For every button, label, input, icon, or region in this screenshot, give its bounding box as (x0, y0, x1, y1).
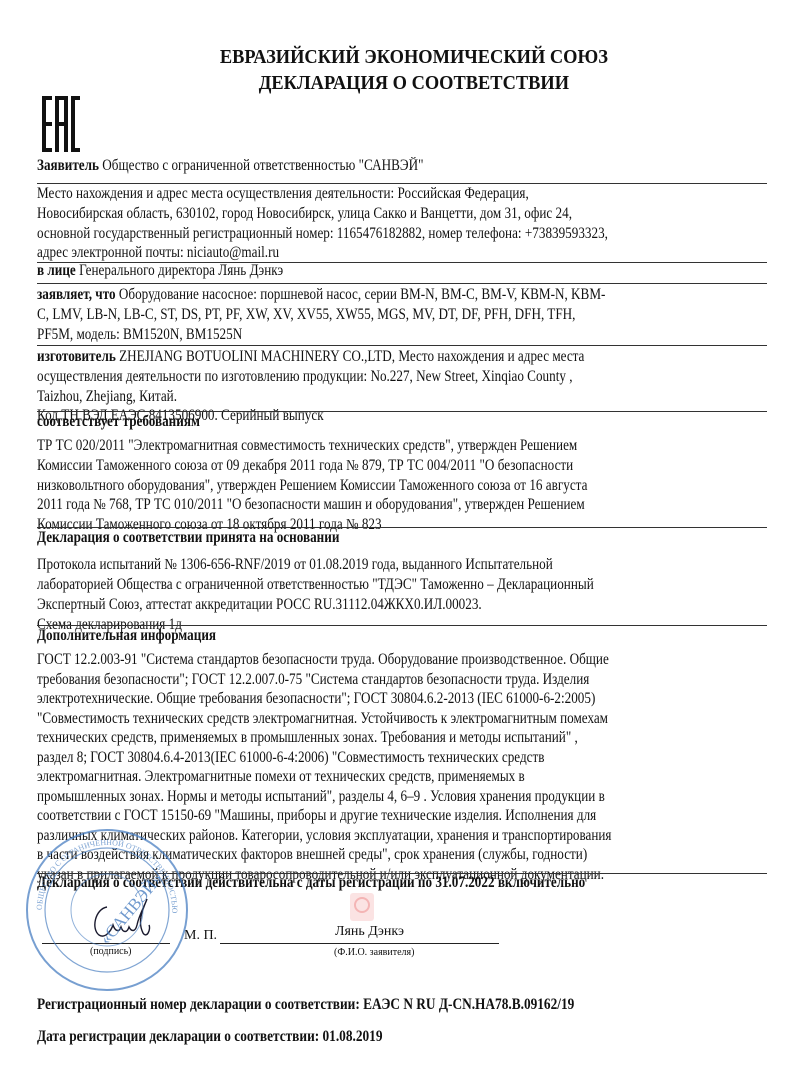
signer-caption: (Ф.И.О. заявителя) (334, 947, 414, 958)
applicant-value: Общество с ограниченной ответственностью… (102, 157, 423, 174)
product-line: Оборудование насосное: поршневой насос, … (119, 286, 606, 303)
additional-line: электромагнитная. Электромагнитные помех… (37, 767, 794, 787)
additional-line: ГОСТ 12.2.003-91 "Система стандартов без… (37, 650, 794, 670)
additional-line: "Совместимость технических средств элект… (37, 709, 794, 729)
union-title: ЕВРАЗИЙСКИЙ ЭКОНОМИЧЕСКИЙ СОЮЗ (45, 46, 783, 69)
basis-line: Протокола испытаний № 1306-656-RNF/2019 … (37, 555, 794, 575)
requirement-line: низковольтного оборудования", утвержден … (37, 476, 794, 496)
basis-block: Протокола испытаний № 1306-656-RNF/2019 … (37, 555, 794, 635)
registration-number: Регистрационный номер декларации о соотв… (37, 996, 574, 1014)
declares-block: заявляет, что Оборудование насосное: пор… (37, 285, 794, 344)
manufacturer-label: изготовитель (37, 348, 116, 365)
represented-row: в лице Генерального директора Лянь Дэнкэ (37, 261, 794, 281)
registration-date: Дата регистрации декларации о соответств… (37, 1028, 383, 1046)
address-line: основной государственный регистрационный… (37, 224, 794, 244)
additional-heading: Дополнительная информация (37, 626, 794, 646)
basis-line: лабораторией Общества с ограниченной отв… (37, 575, 794, 595)
divider (37, 345, 767, 346)
requirements-block: ТР ТС 020/2011 "Электромагнитная совмест… (37, 436, 794, 535)
manufacturer-line: осуществления деятельности по изготовлен… (37, 367, 794, 387)
declaration-title: ДЕКЛАРАЦИЯ О СООТВЕТСТВИИ (45, 72, 783, 95)
additional-line: электротехнические. Общие требования без… (37, 689, 794, 709)
requirement-line: ТР ТС 020/2011 "Электромагнитная совмест… (37, 436, 794, 456)
product-line: PF5M, модель: BM1520N, BM1525N (37, 325, 794, 345)
additional-line: технических средств, применяемых в промы… (37, 728, 794, 748)
additional-line: требования безопасности"; ГОСТ 12.2.007.… (37, 670, 794, 690)
requirement-line: Комиссии Таможенного союза от 09 декабря… (37, 456, 794, 476)
watermark-icon (350, 893, 374, 921)
product-line: C, LMV, LB-N, LB-C, ST, DS, PT, PF, XW, … (37, 305, 794, 325)
address-line: Место нахождения и адрес места осуществл… (37, 184, 794, 204)
manufacturer-line: Taizhou, Zhejiang, Китай. (37, 387, 794, 407)
applicant-row: Заявитель Общество с ограниченной ответс… (37, 156, 794, 176)
basis-heading: Декларация о соответствии принята на осн… (37, 528, 794, 548)
requirements-heading: соответствует требованиям (37, 412, 794, 432)
divider (37, 283, 767, 284)
signer-name-line (220, 943, 499, 944)
declares-label: заявляет, что (37, 286, 116, 303)
requirement-line: 2011 года № 768, ТР ТС 010/2011 "О безоп… (37, 495, 794, 515)
manufacturer-line: ZHEJIANG BOTUOLINI MACHINERY CO.,LTD, Ме… (119, 348, 584, 365)
address-line: Новосибирская область, 630102, город Нов… (37, 204, 794, 224)
signer-name: Лянь Дэнкэ (335, 922, 404, 942)
basis-line: Экспертный Союз, аттестат аккредитации Р… (37, 595, 794, 615)
address-block: Место нахождения и адрес места осуществл… (37, 184, 794, 263)
additional-line: раздел 8; ГОСТ 30804.6.4-2013(IEC 61000-… (37, 748, 794, 768)
eac-mark-icon (42, 96, 80, 152)
represented-value: Генерального директора Лянь Дэнкэ (79, 262, 283, 279)
applicant-label: Заявитель (37, 157, 99, 174)
additional-line: соответствии с ГОСТ 15150-69 "Машины, пр… (37, 806, 794, 826)
represented-label: в лице (37, 262, 76, 279)
company-seal-stamp-icon: «САНВЭЙ» ОБЩЕСТВО С ОГРАНИЧЕННОЙ ОТВЕТСТ… (22, 825, 192, 995)
additional-line: промышленных зонах. Нормы и методы испыт… (37, 787, 794, 807)
